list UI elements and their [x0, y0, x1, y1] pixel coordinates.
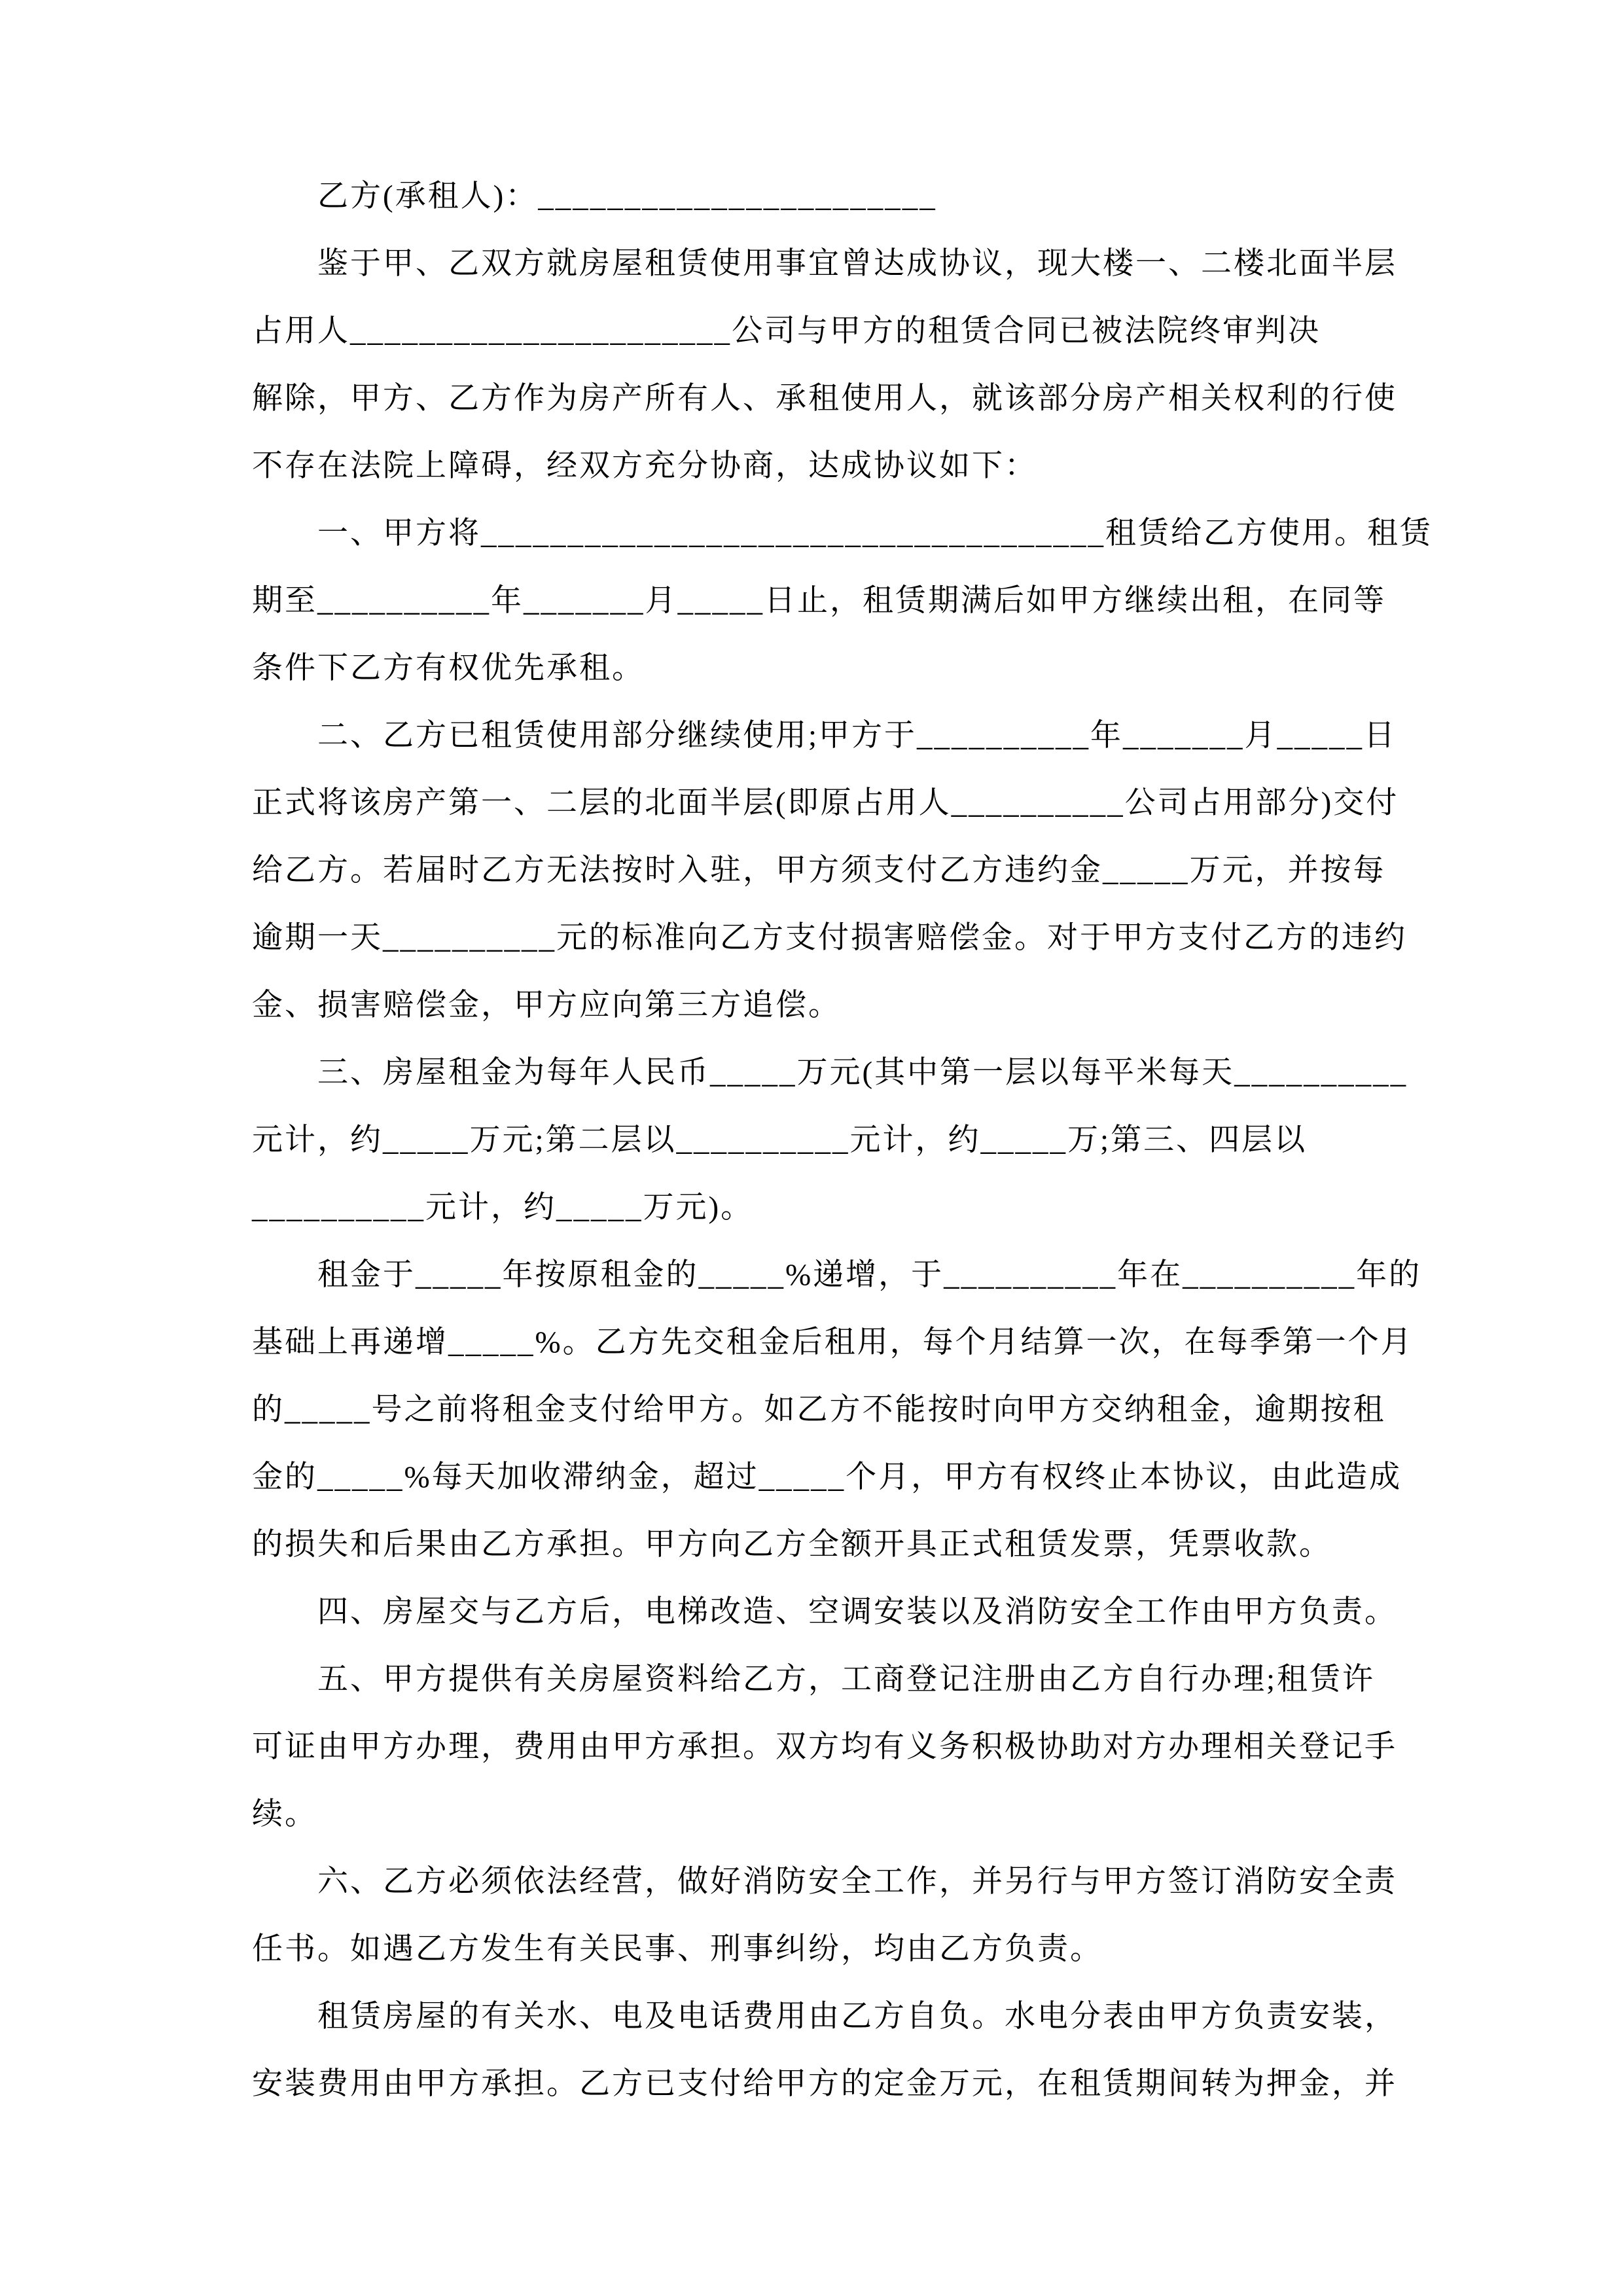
rent-increase-line-4: 金的_____%每天加收滞纳金，超过_____个月，甲方有权终止本协议，由此造成: [252, 1444, 1430, 1511]
clause-5-line-2: 可证由甲方办理，费用由甲方承担。双方均有义务积极协助对方办理相关登记手: [252, 1713, 1430, 1781]
rent-increase-line-5: 的损失和后果由乙方承担。甲方向乙方全额开具正式租赁发票，凭票收款。: [252, 1511, 1430, 1579]
party-b-line: 乙方(承租人)：_______________________: [252, 163, 1430, 230]
clause-4-line-1: 四、房屋交与乙方后，电梯改造、空调安装以及消防安全工作由甲方负责。: [252, 1579, 1430, 1646]
clause-3-line-3: __________元计，约_____万元)。: [252, 1174, 1430, 1242]
clause-3-line-2: 元计，约_____万元;第二层以__________元计，约_____万;第三、…: [252, 1107, 1430, 1174]
preamble-line-3: 解除，甲方、乙方作为房产所有人、承租使用人，就该部分房产相关权利的行使: [252, 365, 1430, 433]
preamble-line-4: 不存在法院上障碍，经双方充分协商，达成协议如下：: [252, 433, 1430, 500]
clause-2-line-3: 给乙方。若届时乙方无法按时入驻，甲方须支付乙方违约金_____万元，并按每: [252, 837, 1430, 905]
clause-2-line-5: 金、损害赔偿金，甲方应向第三方追偿。: [252, 972, 1430, 1039]
utilities-line-2: 安装费用由甲方承担。乙方已支付给甲方的定金万元，在租赁期间转为押金，并: [252, 2051, 1430, 2118]
clause-1-line-1: 一、甲方将___________________________________…: [252, 500, 1430, 567]
clause-1-line-3: 条件下乙方有权优先承租。: [252, 635, 1430, 702]
contract-page: 乙方(承租人)：_______________________ 鉴于甲、乙双方就…: [0, 0, 1623, 2296]
preamble-line-2: 占用人______________________公司与甲方的租赁合同已被法院终…: [252, 298, 1430, 365]
clause-6-line-1: 六、乙方必须依法经营，做好消防安全工作，并另行与甲方签订消防安全责: [252, 1848, 1430, 1916]
clause-6-line-2: 任书。如遇乙方发生有关民事、刑事纠纷，均由乙方负责。: [252, 1916, 1430, 1983]
preamble-line-1: 鉴于甲、乙双方就房屋租赁使用事宜曾达成协议，现大楼一、二楼北面半层: [252, 230, 1430, 298]
clause-3-line-1: 三、房屋租金为每年人民币_____万元(其中第一层以每平米每天_________…: [252, 1039, 1430, 1107]
utilities-line-1: 租赁房屋的有关水、电及电话费用由乙方自负。水电分表由甲方负责安装，: [252, 1983, 1430, 2051]
clause-2-line-4: 逾期一天__________元的标准向乙方支付损害赔偿金。对于甲方支付乙方的违约: [252, 905, 1430, 972]
clause-2-line-1: 二、乙方已租赁使用部分继续使用;甲方于__________年_______月__…: [252, 702, 1430, 770]
rent-increase-line-1: 租金于_____年按原租金的_____%递增，于__________年在____…: [252, 1242, 1430, 1309]
clause-5-line-1: 五、甲方提供有关房屋资料给乙方，工商登记注册由乙方自行办理;租赁许: [252, 1646, 1430, 1713]
clause-1-line-2: 期至__________年_______月_____日止，租赁期满后如甲方继续出…: [252, 567, 1430, 635]
rent-increase-line-2: 基础上再递增_____%。乙方先交租金后租用，每个月结算一次，在每季第一个月: [252, 1309, 1430, 1376]
clause-5-line-3: 续。: [252, 1781, 1430, 1848]
contract-body: 乙方(承租人)：_______________________ 鉴于甲、乙双方就…: [252, 163, 1430, 2118]
rent-increase-line-3: 的_____号之前将租金支付给甲方。如乙方不能按时向甲方交纳租金，逾期按租: [252, 1376, 1430, 1444]
clause-2-line-2: 正式将该房产第一、二层的北面半层(即原占用人__________公司占用部分)交…: [252, 770, 1430, 837]
